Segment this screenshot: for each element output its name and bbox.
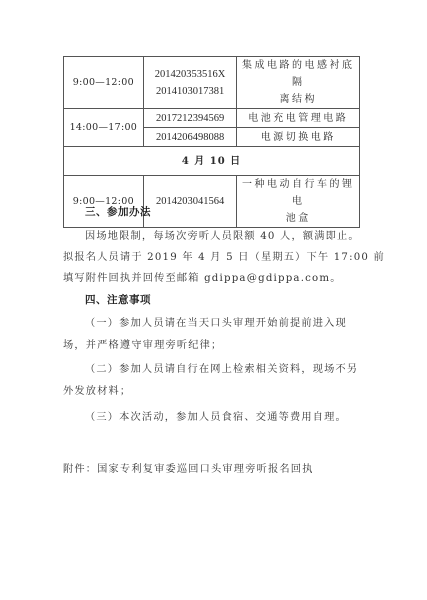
patent-title-cell: 电源切换电路 (237, 128, 360, 147)
notice-item-3-line: （三）本次活动，参加人员食宿、交通等费用自理。 (63, 409, 382, 426)
patent-title-cell: 电池充电管理电路 (237, 109, 360, 128)
time-cell: 14:00—17:00 (64, 109, 144, 147)
application-number-cell: 2017212394569 (143, 109, 237, 128)
notice-item-1-line: （一）参加人员请在当天口头审理开始前提前进入现 (63, 315, 382, 332)
application-number-cell: 201420353516X 2014103017381 (143, 57, 237, 109)
table-row: 9:00—12:00 201420353516X 2014103017381 集… (64, 57, 360, 109)
section3-paragraph-line: 拟报名人员请于 2019 年 4 月 5 日（星期五）下午 17:00 前 (63, 249, 360, 266)
notice-item-2-line: （二）参加人员请自行在网上检索相关资料，现场不另 (63, 361, 382, 378)
section3-heading: 三、参加办法 (63, 204, 382, 221)
application-number: 2014103017381 (146, 83, 235, 100)
schedule-table: 9:00—12:00 201420353516X 2014103017381 集… (63, 56, 360, 228)
section4-heading: 四、注意事项 (63, 292, 382, 309)
patent-title-line: 离结构 (239, 91, 357, 108)
date-header: 4 月 10 日 (64, 147, 360, 176)
section3-paragraph-line: 因场地限制，每场次旁听人员限额 40 人，额满即止。 (63, 228, 382, 245)
patent-title-cell: 集成电路的电感衬底隔 离结构 (237, 57, 360, 109)
application-number-cell: 2014206498088 (143, 128, 237, 147)
notice-item-1-line: 场，并严格遵守审理旁听纪律； (63, 337, 360, 354)
time-cell: 9:00—12:00 (64, 57, 144, 109)
date-header-row: 4 月 10 日 (64, 147, 360, 176)
section3-paragraph-line: 填写附件回执并回传至邮箱 gdippa@gdippa.com。 (63, 270, 360, 287)
notice-item-2-line: 外发放材料； (63, 383, 360, 400)
patent-title-line: 集成电路的电感衬底隔 (239, 57, 357, 91)
table-row: 14:00—17:00 2017212394569 电池充电管理电路 (64, 109, 360, 128)
document-page: 9:00—12:00 201420353516X 2014103017381 集… (0, 0, 427, 600)
application-number: 201420353516X (146, 66, 235, 83)
attachment-note: 附件：国家专利复审委巡回口头审理旁听报名回执 (63, 461, 360, 478)
